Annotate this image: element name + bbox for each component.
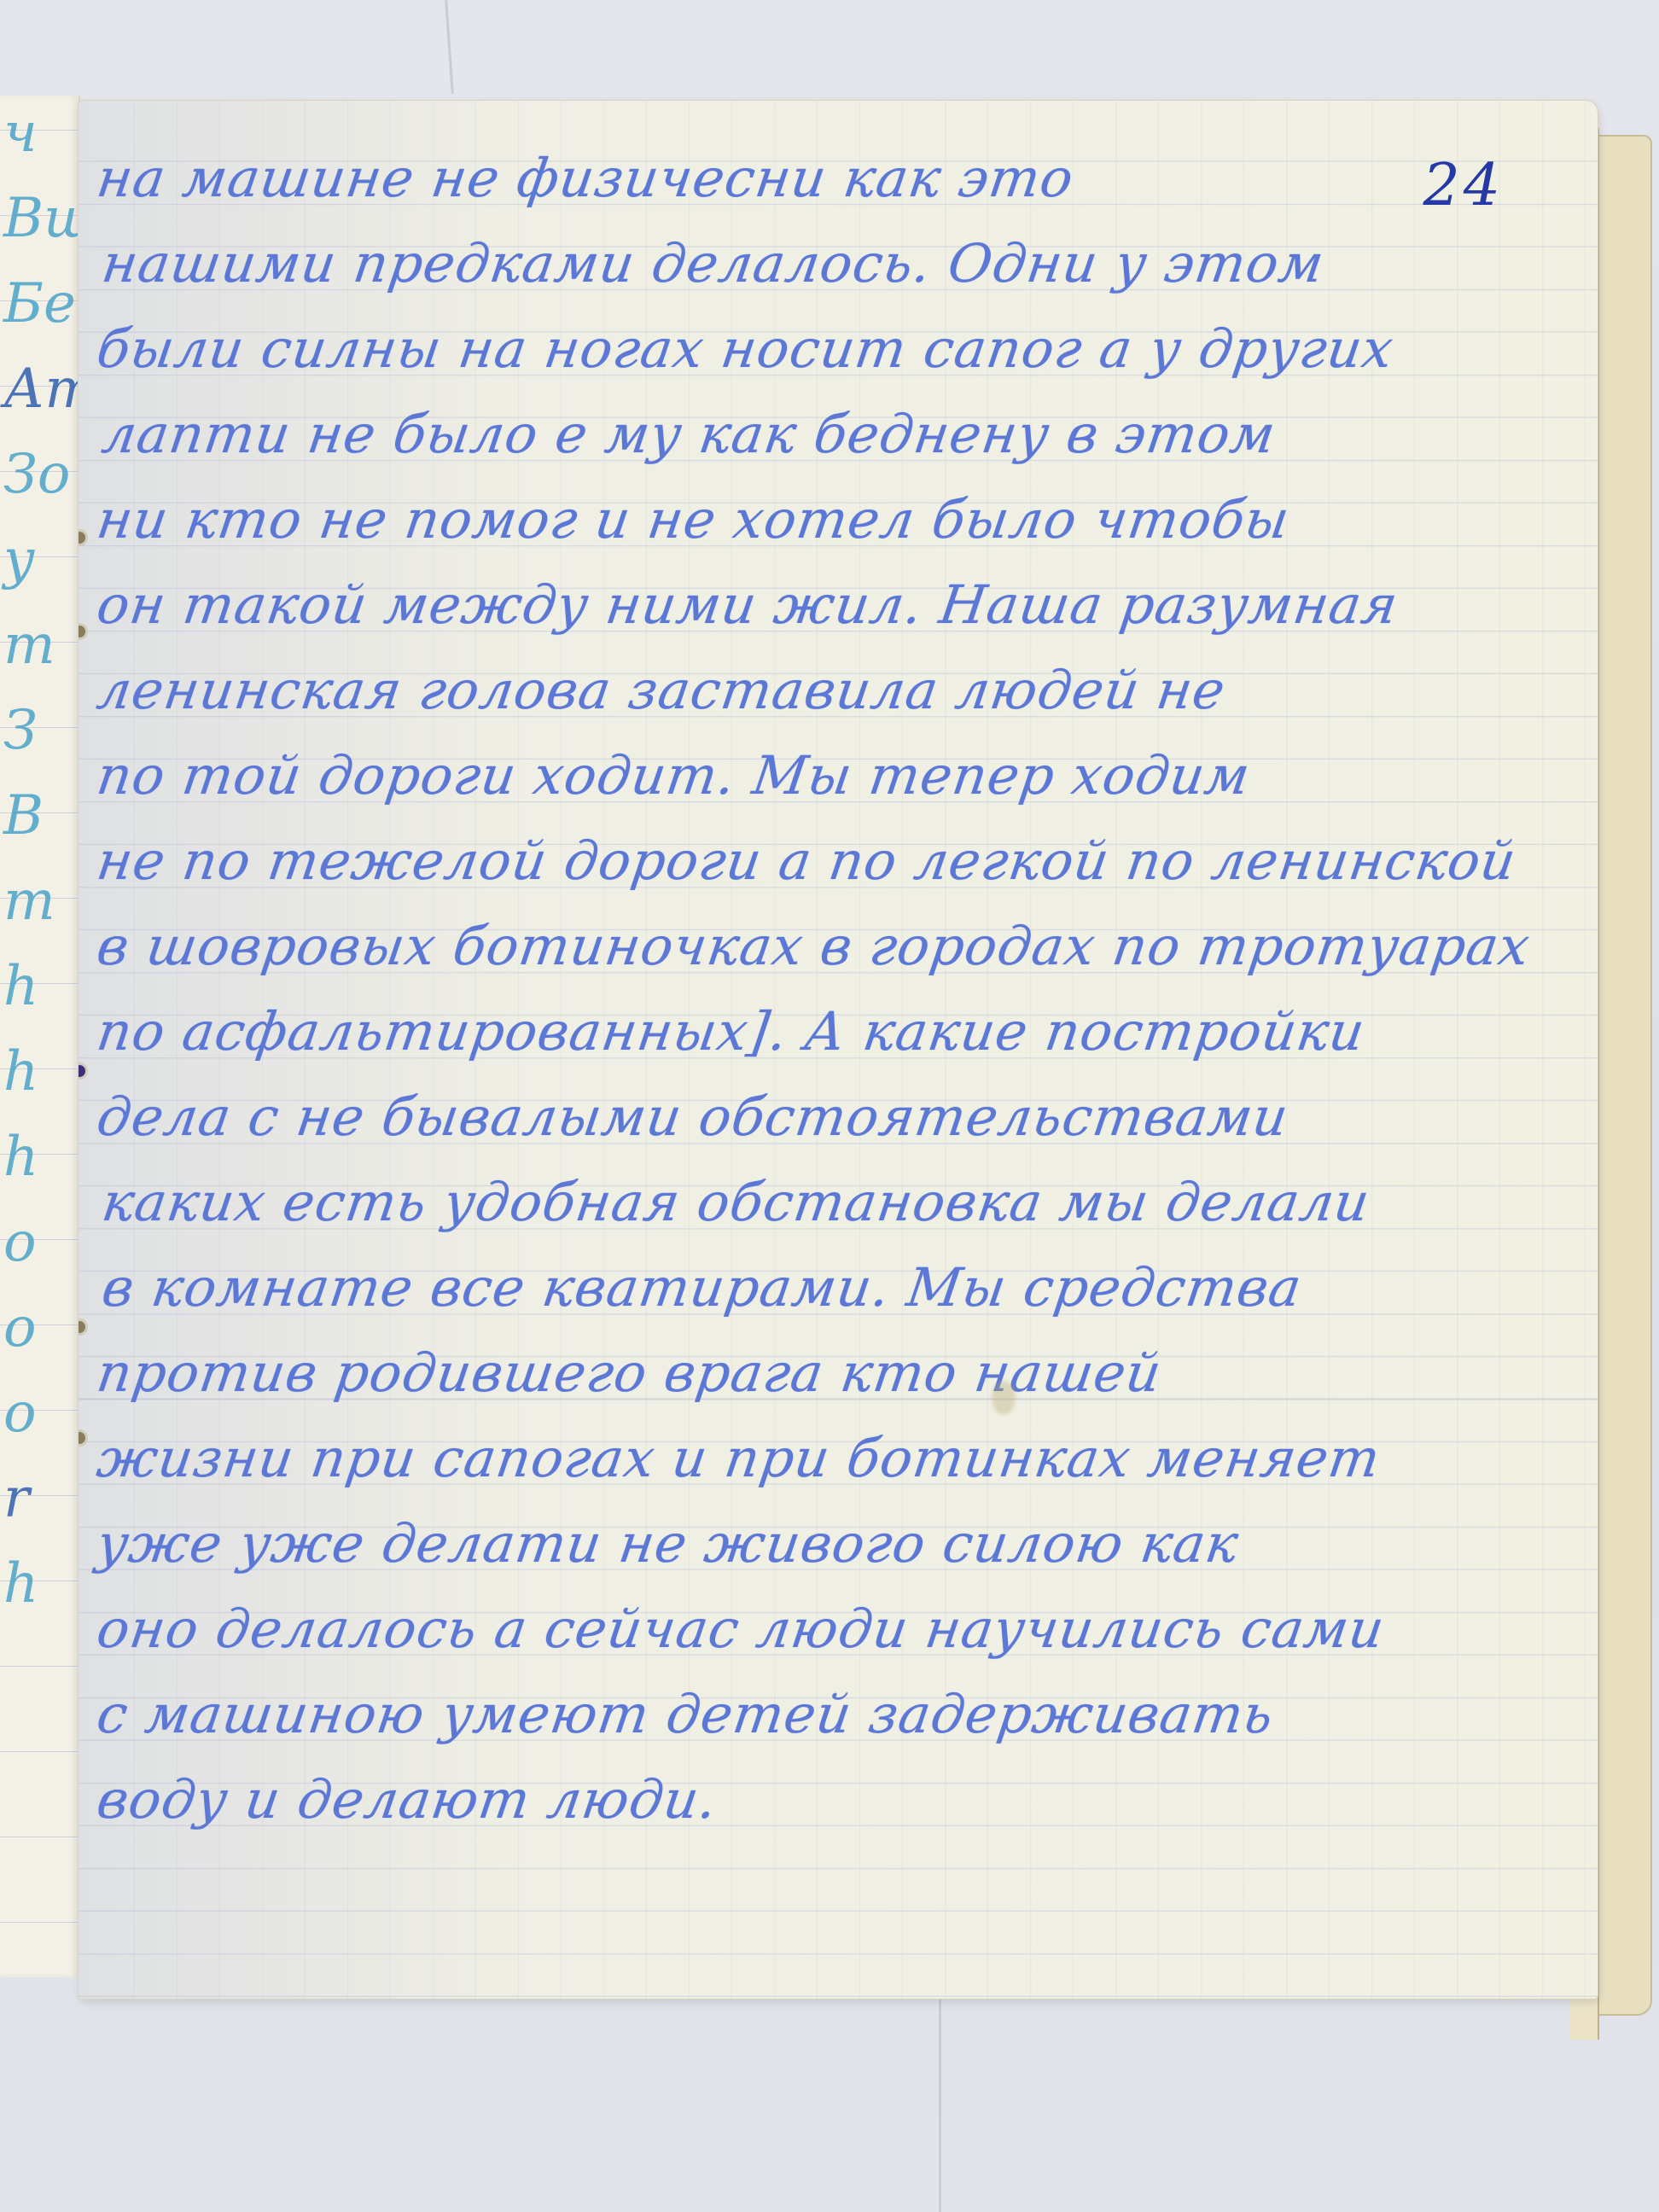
margin-letter: Бе — [3, 276, 76, 331]
text-line: ни кто не помог и не хотел было чтобы — [94, 461, 1550, 546]
margin-letter: h — [3, 1557, 38, 1611]
margin-letter: Зо — [3, 447, 70, 502]
text-line: в шовровых ботиночках в городах по троту… — [94, 888, 1550, 973]
text-line: уже уже делати не живого силою как — [94, 1485, 1550, 1570]
text-line: воду и делают люди. — [94, 1741, 1550, 1826]
ruled-line — [0, 1922, 79, 1923]
margin-letter: о — [3, 1215, 37, 1270]
text-line: лапти не было е му как беднену в этом — [94, 375, 1550, 461]
margin-letter: ч — [3, 106, 38, 160]
margin-letter: т — [3, 874, 55, 928]
text-line: по той дороги ходит. Мы тепер ходим — [94, 717, 1550, 802]
margin-letter: о — [3, 1386, 37, 1441]
handwritten-text-body: на машине не физичесни как это нашими пр… — [94, 119, 1538, 1826]
margin-letter: Ат — [3, 362, 80, 416]
text-line: были силны на ногах носит сапог а у друг… — [94, 290, 1550, 375]
margin-letter: r — [3, 1471, 30, 1526]
margin-letter: h — [3, 1130, 38, 1185]
margin-letter: h — [3, 959, 38, 1014]
margin-letter: В — [3, 789, 44, 843]
ruled-line — [0, 1666, 79, 1667]
notebook-page: 24 на машине не физичесни как это нашими… — [79, 101, 1598, 1999]
text-line: жизни при сапогах и при ботинках меняет — [94, 1400, 1550, 1485]
text-line: каких есть удобная обстановка мы делали — [94, 1144, 1550, 1229]
text-line: ленинская голова заставила людей не — [94, 632, 1550, 717]
text-line: в комнате все кватирами. Мы средства — [94, 1229, 1550, 1314]
ruled-line — [0, 1751, 79, 1752]
paper-stain — [992, 1381, 1016, 1415]
previous-page-edge: ч Вш Бе Ат Зо у т З В т h h h о о о r h — [0, 96, 80, 1977]
text-line: по асфальтированных]. А какие постройки — [94, 973, 1550, 1058]
ruled-line — [0, 1837, 79, 1837]
margin-letter: у — [3, 533, 35, 587]
margin-letter: Вш — [3, 191, 80, 246]
text-line: против родившего врага кто нашей — [94, 1314, 1550, 1400]
text-line: на машине не физичесни как это — [94, 119, 1550, 205]
text-line: с машиною умеют детей задерживать — [94, 1656, 1550, 1741]
table-seam-bottom — [939, 1988, 941, 2212]
margin-letter: о — [3, 1301, 37, 1355]
text-line: дела с не бывалыми обстоятельствами — [94, 1058, 1550, 1144]
text-line: нашими предками делалось. Одни у этом — [94, 205, 1550, 290]
text-line: оно делалось а сейчас люди научились сам… — [94, 1570, 1550, 1656]
text-line: он такой между ними жил. Наша разумная — [94, 546, 1550, 632]
margin-letter: h — [3, 1045, 38, 1099]
margin-letter: З — [3, 703, 38, 758]
text-line: не по тежелой дороги а по легкой по лени… — [94, 802, 1550, 888]
margin-letter: т — [3, 618, 55, 672]
